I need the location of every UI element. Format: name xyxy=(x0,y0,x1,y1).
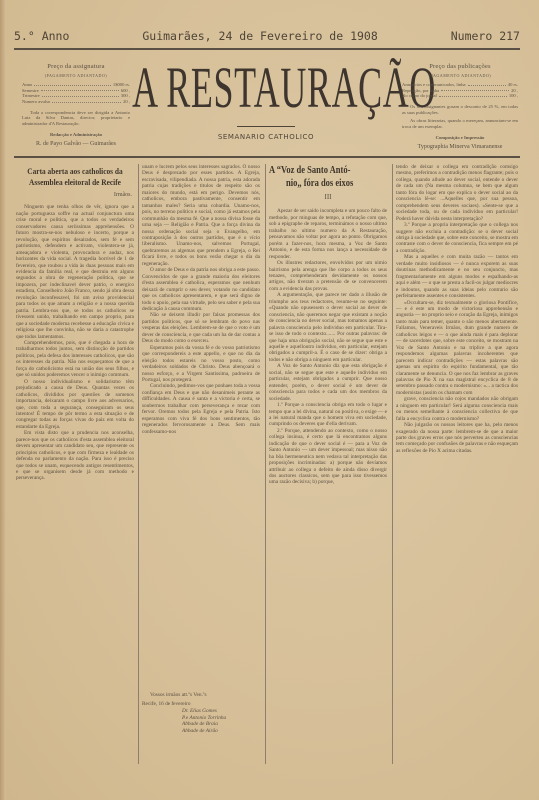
paragraph: «Occultam-se, diz textualmente o glorios… xyxy=(396,300,518,397)
paragraph: 2.º Porque, attendendo ao contexto, como… xyxy=(269,428,387,486)
article-columns: Carta aberta aos catholicos da Assemblea… xyxy=(14,160,520,775)
column-rule xyxy=(138,164,139,764)
paragraph: O nosso individualismo e solidarismo têm… xyxy=(16,379,134,431)
column-3: A “Voz de Santo Antó- nio„ fóra dos eixo… xyxy=(269,164,387,768)
paragraph: grave, consciencia não cojos mandados nã… xyxy=(396,396,518,422)
column-rule xyxy=(265,164,266,764)
signature: Dr. Elias Gomes xyxy=(142,708,260,715)
article-headline-voz: A “Voz de Santo Antó- nio„ fóra dos eixo… xyxy=(269,164,387,190)
discount-note: Os srs. assignantes gosam o desconto de … xyxy=(402,104,518,115)
column-rule xyxy=(392,164,393,764)
paragraph: Esperamos pois da vossa fé e do vosso pa… xyxy=(142,345,260,384)
masthead: A RESTAURAÇÃO SEMANARIO CATHOLICO xyxy=(130,56,402,141)
newspaper-subtitle: SEMANARIO CATHOLICO xyxy=(130,133,402,141)
issue-number: Numero 217 xyxy=(451,29,520,43)
subscription-subtitle: (PAGAMENTO ADIANTADO) xyxy=(22,73,130,79)
paragraph: Concluindo, pedimos-vos que ponhaes toda… xyxy=(142,383,260,435)
paragraph: Comprehendemos, pois, que é chegada a ho… xyxy=(16,340,134,379)
office-address: R. de Payo Galvão — Guimarães xyxy=(22,142,130,148)
paragraph: Ninguem que tenha olhos de vêr, ignora q… xyxy=(16,204,134,340)
paragraph: Mas a aquelles e com muita razão — tanto… xyxy=(396,254,518,299)
masthead-rule xyxy=(14,156,520,158)
literary-note: As obras litterarias, quando o mereçam, … xyxy=(402,118,518,129)
paragraph: Em vista disto que a prudencia nos acons… xyxy=(16,430,134,482)
salutation: Irmãos. xyxy=(18,192,132,198)
paragraph: 3.º Porque a propria interpretação que o… xyxy=(396,222,518,254)
year-label: 5.° Anno xyxy=(14,29,69,43)
correspondence-note: Toda a correspondencia deve ser dirigida… xyxy=(22,110,130,127)
paragraph: Apezar de ser saido incompleta e um pouc… xyxy=(269,208,387,260)
column-4: tendo de deixar o collega em contradição… xyxy=(396,164,518,768)
newspaper-page: 5.° Anno Guimarães, 24 de Fevereiro de 1… xyxy=(14,0,520,800)
price-row: Numero avulso20 , xyxy=(22,99,130,105)
column-1: Carta aberta aos catholicos da Assemblea… xyxy=(16,164,134,768)
publications-subtitle: (PAGAMENTO ADIANTADO) xyxy=(402,73,518,79)
paragraph: Não julgarão os nossos leitores que ha, … xyxy=(396,422,518,454)
paragraph: A argumentação, que parece ter dado a il… xyxy=(269,292,387,363)
paragraph: A Voz de Santo Antonio diz que esta obri… xyxy=(269,363,387,402)
subscription-box: Preço da assignatura (PAGAMENTO ADIANTAD… xyxy=(22,64,130,148)
press-name: Typographia Minerva Vimaranense xyxy=(402,145,518,151)
paragraph: Não se deixem illudir por falsas promess… xyxy=(142,312,260,344)
press-heading: Composição e Impressão xyxy=(402,135,518,141)
signature: Abbade de Braia xyxy=(142,721,260,728)
publications-title: Preço das publicações xyxy=(402,64,518,70)
signature-block: Vossos irmãos att.ºs Ven.ºs Recife, 16 d… xyxy=(142,688,260,768)
paragraph: unam e lucrem pelos seus interesses sagr… xyxy=(142,164,260,267)
closing: Vossos irmãos att.ºs Ven.ºs xyxy=(142,692,260,698)
paragraph: 1.º Porque a consciencia obriga em todo … xyxy=(269,402,387,428)
price-row: No corpo do jornal100 , xyxy=(402,93,518,99)
paragraph: tendo de deixar o collega em contradição… xyxy=(396,164,518,222)
subscription-title: Preço da assignatura xyxy=(22,64,130,70)
office-heading: Redacção e Administração xyxy=(22,132,130,138)
paragraph: O amor de Deus e da patria nos obriga a … xyxy=(142,267,260,312)
column-2: unam e lucrem pelos seus interesses sagr… xyxy=(142,164,260,684)
title-dash xyxy=(237,126,295,127)
signature: P.e Antonio Torrinha xyxy=(142,715,260,722)
signature: Abbade de Airão xyxy=(142,728,260,735)
article-headline-carta: Carta aberta aos catholicos da Assemblea… xyxy=(22,166,128,188)
publications-box: Preço das publicações (PAGAMENTO ADIANTA… xyxy=(402,64,518,151)
place-date: Guimarães, 24 de Fevereiro de 1908 xyxy=(142,29,377,43)
page-edge xyxy=(0,0,6,800)
newspaper-title: A RESTAURAÇÃO xyxy=(132,56,400,120)
header-rule xyxy=(14,48,520,50)
part-number: III xyxy=(269,194,387,200)
dateline: 5.° Anno Guimarães, 24 de Fevereiro de 1… xyxy=(14,29,520,43)
paragraph: Os illustres redactores, envolvidos por … xyxy=(269,260,387,292)
